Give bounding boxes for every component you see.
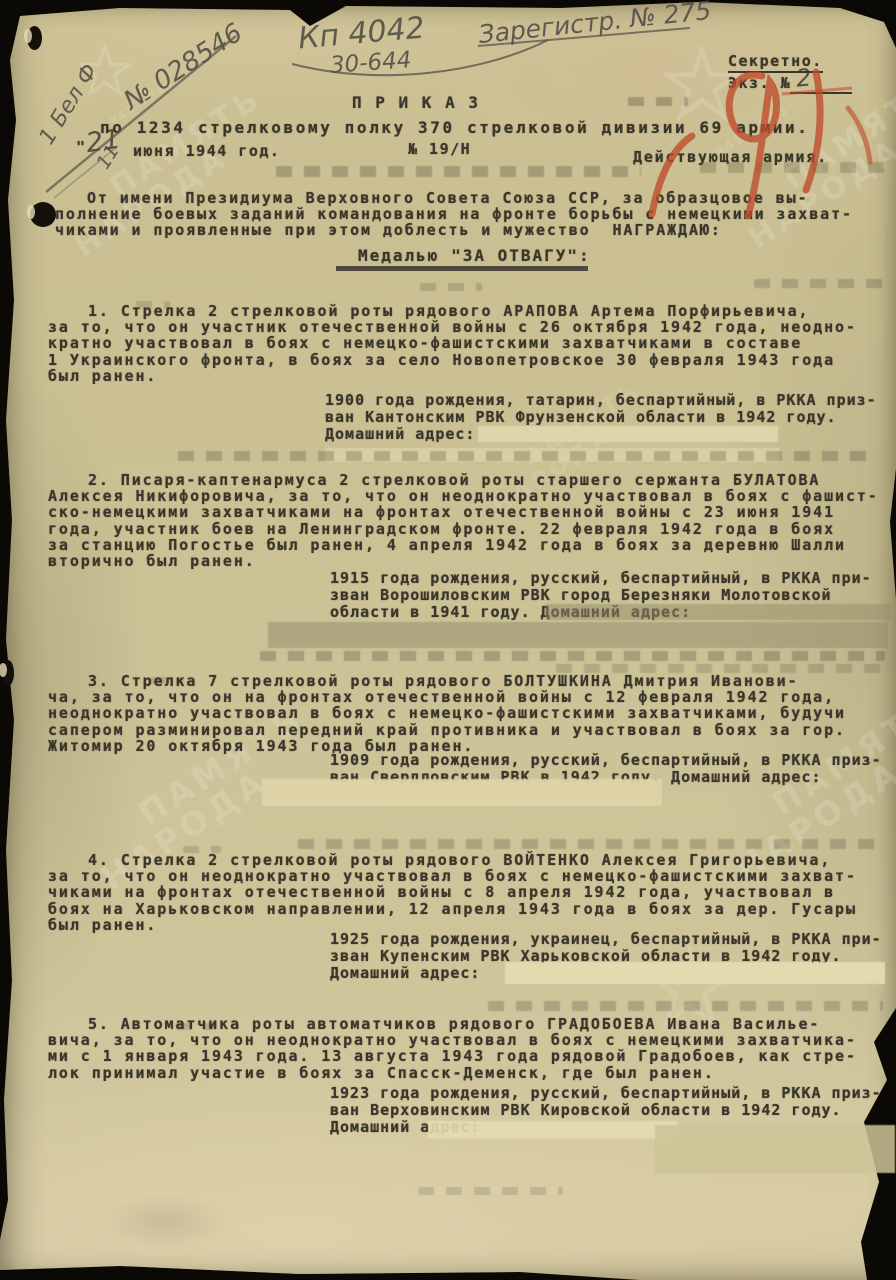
redacted-address (545, 604, 890, 620)
entry-line: вторично был ранен. (48, 553, 894, 569)
ink-smudge (136, 301, 170, 308)
ink-smudge (754, 279, 889, 288)
ink-smudge (418, 1187, 563, 1195)
ink-smudge (183, 846, 221, 853)
detail-line: 1915 года рождения, русский, беспартийны… (330, 570, 890, 587)
preamble-line: чиками и проявленные при этом доблесть и… (55, 222, 875, 238)
document-title: П Р И К А З (352, 93, 480, 112)
redacted-address (428, 1121, 678, 1139)
scanned-order-page: ПАМЯТЬНАРОДА ПАМЯТЬНАРОДА ПАМЯТЬНАРОДА П… (0, 0, 896, 1280)
ink-smudge (420, 283, 482, 291)
entry-line: за станцию Погостье был ранен, 4 апреля … (48, 537, 894, 553)
award-entry: 3. Стрелка 7 стрелковой роты рядового БО… (48, 673, 894, 754)
ink-smudge (700, 162, 885, 173)
detail-line: 1923 года рождения, русский, беспартийны… (330, 1085, 890, 1102)
entry-line: чиками на фронтах отечественной войны с … (48, 884, 894, 900)
edge-tear (2, 660, 14, 686)
secrecy-label: Секретно. (728, 52, 823, 73)
award-entry: 2. Писаря-каптенармуса 2 стрелковой роты… (48, 472, 894, 569)
preamble-line: От имени Президиума Верховного Совета Со… (55, 190, 875, 206)
entry-line: 1 Украинского фронта, в боях за село Нов… (48, 352, 894, 368)
award-heading-underline (336, 266, 588, 271)
copy-number-line (790, 92, 852, 94)
detail-line: ван Кантонским РВК Фрунзенской области в… (325, 409, 885, 426)
ink-smudge (488, 1001, 883, 1011)
entry-line: ми с 1 января 1943 года. 13 августа 1943… (48, 1048, 894, 1064)
copy-label: Экз. № (728, 74, 791, 92)
ink-smudge (178, 451, 878, 461)
entry-line: был ранен. (48, 368, 894, 384)
award-entry: 4. Стрелка 2 стрелковой роты рядового ВО… (48, 852, 894, 933)
entry-line: боях на Харьковском направлении, 12 апре… (48, 901, 894, 917)
ink-smudge (260, 651, 885, 661)
redacted-address (262, 779, 662, 806)
document-subtitle: по 1234 стрелковому полку 370 стрелковой… (100, 118, 810, 137)
entry-line: лок принимал участие в боях за Спасск-Де… (48, 1065, 894, 1081)
entry-line: кратно участвовал в боях с немецко-фашис… (48, 335, 894, 351)
ink-smudge (276, 166, 641, 177)
preamble: От имени Президиума Верховного Совета Со… (55, 190, 875, 239)
ink-smudge (176, 1023, 216, 1030)
detail-line: ван Верховинским РВК Кировской области в… (330, 1102, 890, 1119)
entry-line: 5. Автоматчика роты автоматчиков рядовог… (48, 1016, 894, 1032)
redacted-address (268, 622, 888, 648)
order-number: № 19/Н (408, 140, 471, 158)
preamble-line: полнение боевых заданий командования на … (55, 206, 875, 222)
date-line: июня 1944 год. (133, 142, 280, 160)
award-entry: 5. Автоматчика роты автоматчиков рядовог… (48, 1016, 894, 1081)
entry-line: вича, за то, что он неоднократно участво… (48, 1032, 894, 1048)
ink-smudge (628, 97, 688, 106)
redacted-address (505, 962, 885, 984)
entry-line: 2. Писаря-каптенармуса 2 стрелковой роты… (48, 472, 894, 488)
entry-line: ско-немецкими захватчиками на фронтах от… (48, 504, 894, 520)
award-heading: Медалью "ЗА ОТВАГУ": (358, 246, 591, 265)
redacted-address (655, 1125, 895, 1173)
ink-smudge (150, 677, 184, 684)
ink-smudge (556, 664, 886, 673)
entry-line: неоднократно участвовал в боях с немецко… (48, 705, 894, 721)
entry-line: Алексея Никифоровича, за то, что он неод… (48, 488, 894, 504)
entry-line: 1. Стрелка 2 стрелковой роты рядового АР… (48, 303, 894, 319)
entry-line: ча, за то, что он на фронтах отечественн… (48, 689, 894, 705)
detail-line: 1900 года рождения, татарин, беспартийны… (325, 392, 885, 409)
detail-line: 1925 года рождения, украинец, беспартийн… (330, 931, 890, 948)
redacted-address (478, 426, 778, 442)
date-quote-mark: " (76, 138, 85, 156)
entry-line: 4. Стрелка 2 стрелковой роты рядового ВО… (48, 852, 894, 868)
detail-line: зван Ворошиловским РВК город Березняки М… (330, 587, 890, 604)
detail-line: 1909 года рождения, русский, беспартийны… (330, 752, 890, 769)
punch-hole (27, 26, 42, 50)
award-entry: 1. Стрелка 2 стрелковой роты рядового АР… (48, 303, 894, 384)
ink-smudge (298, 839, 883, 849)
entry-line: за то, что он неоднократно участвовал в … (48, 868, 894, 884)
entry-line: года, участник боев на Ленинградском фро… (48, 521, 894, 537)
entry-line: сапером разминировал передний край проти… (48, 722, 894, 738)
entry-line: за то, что он участник отечественной вой… (48, 319, 894, 335)
